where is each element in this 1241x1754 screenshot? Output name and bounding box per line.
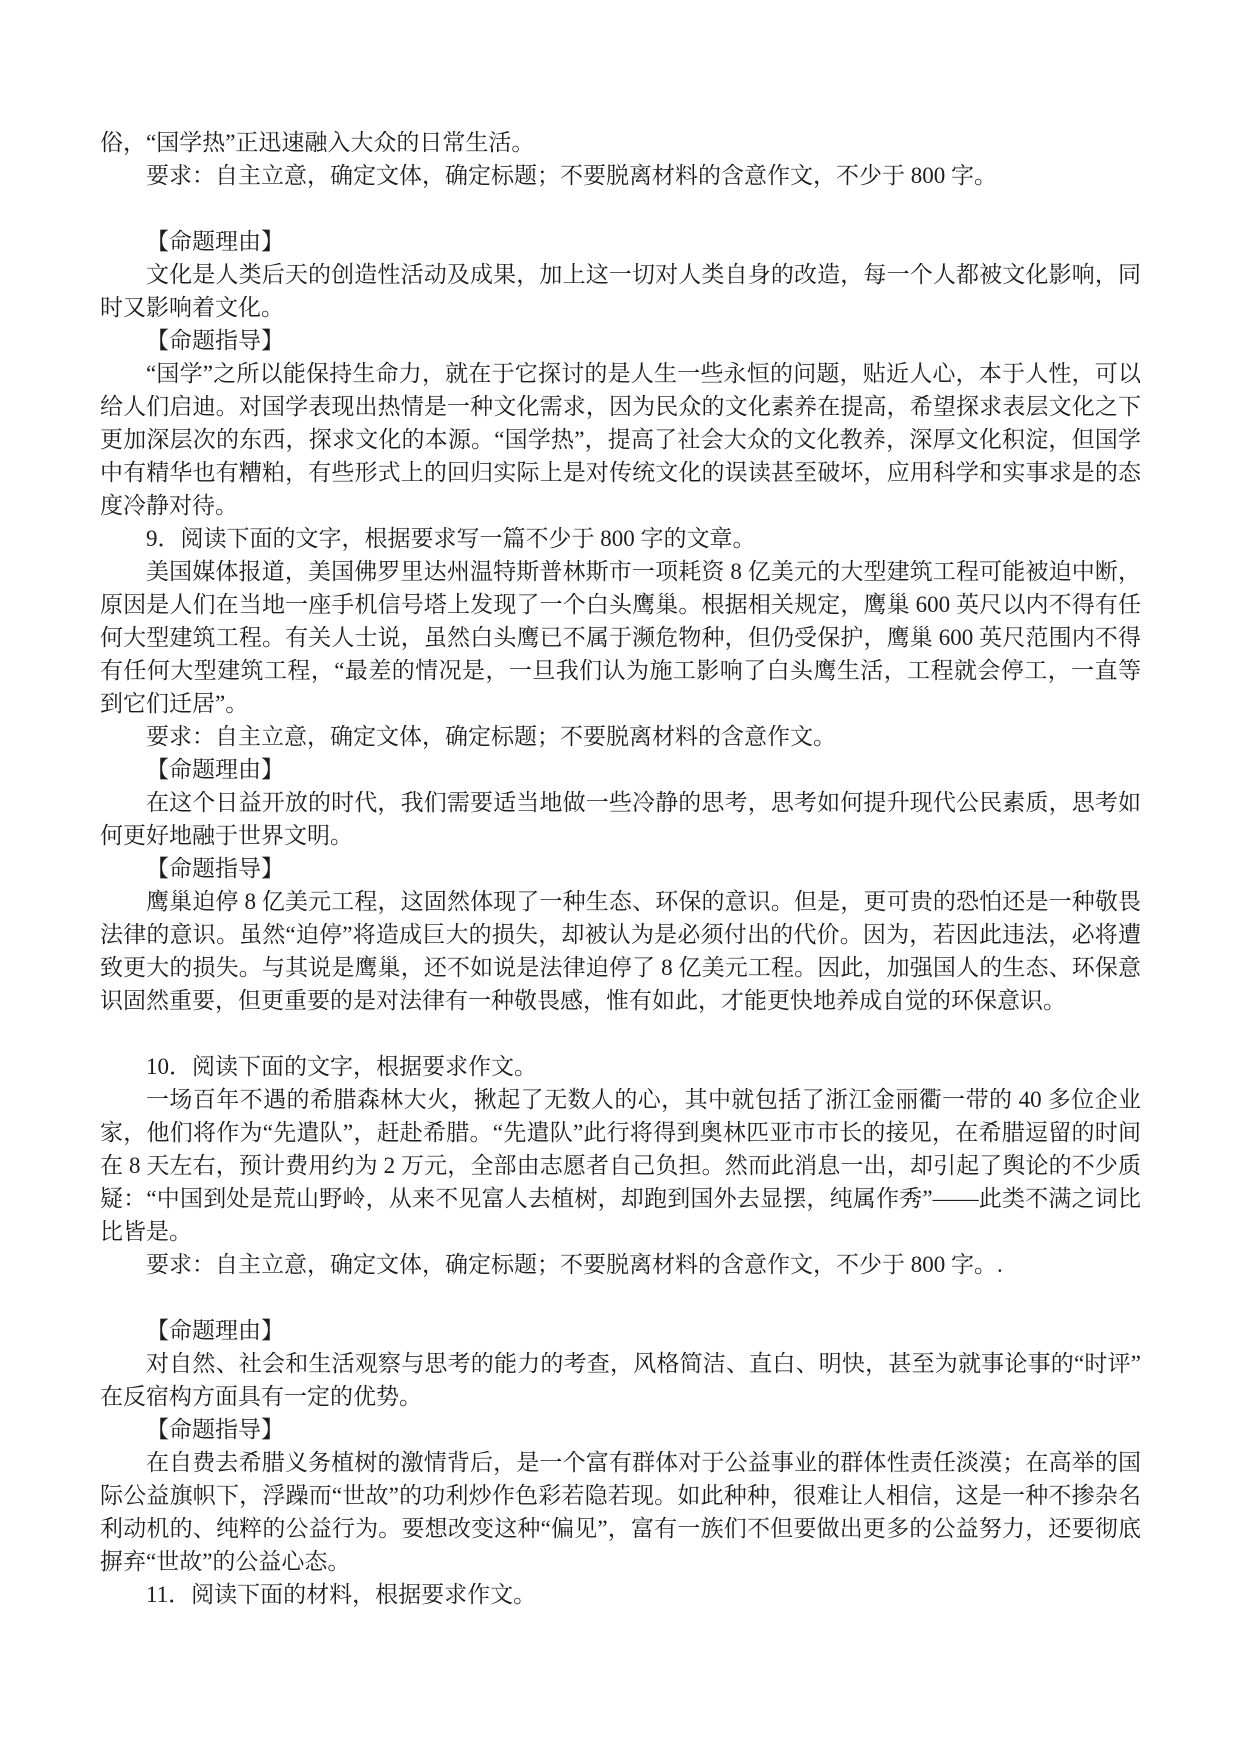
document-content: 俗，“国学热”正迅速融入大众的日常生活。 要求：自主立意，确定文体，确定标题；不… [100,126,1141,1611]
essay-9-reason-text: 在这个日益开放的时代，我们需要适当地做一些冷静的思考，思考如何提升现代公民素质，… [100,786,1141,852]
essay-9-guidance-label: 【命题指导】 [100,852,1141,885]
essay-10-guidance-label: 【命题指导】 [100,1413,1141,1446]
essay-8-guidance-text: “国学”之所以能保持生命力，就在于它探讨的是人生一些永恒的问题，贴近人心，本于人… [100,357,1141,522]
essay-10-guidance-text: 在自费去希腊义务植树的激情背后，是一个富有群体对于公益事业的群体性责任淡漠；在高… [100,1446,1141,1578]
essay-8-reason-label: 【命题理由】 [100,225,1141,258]
essay-10-reason-label: 【命题理由】 [100,1314,1141,1347]
essay-10-material: 一场百年不遇的希腊森林大火，揪起了无数人的心，其中就包括了浙江金丽衢一带的 40… [100,1083,1141,1248]
essay-10-reason-text: 对自然、社会和生活观察与思考的能力的考查，风格简洁、直白、明快，甚至为就事论事的… [100,1347,1141,1413]
essay-9-requirements: 要求：自主立意，确定文体，确定标题；不要脱离材料的含意作文。 [100,720,1141,753]
essay-8-requirements: 要求：自主立意，确定文体，确定标题；不要脱离材料的含意作文，不少于 800 字。 [100,159,1141,192]
document-page: 俗，“国学热”正迅速融入大众的日常生活。 要求：自主立意，确定文体，确定标题；不… [0,0,1241,1754]
blank-line [100,1017,1141,1050]
essay-9-prompt: 9．阅读下面的文字，根据要求写一篇不少于 800 字的文章。 [100,522,1141,555]
essay-9-reason-label: 【命题理由】 [100,753,1141,786]
essay-10-requirements: 要求：自主立意，确定文体，确定标题；不要脱离材料的含意作文，不少于 800 字。… [100,1248,1141,1281]
blank-line [100,1281,1141,1314]
essay-8-reason-text: 文化是人类后天的创造性活动及成果，加上这一切对人类自身的改造，每一个人都被文化影… [100,258,1141,324]
essay-10-prompt: 10．阅读下面的文字，根据要求作文。 [100,1050,1141,1083]
essay-9-guidance-text: 鹰巢迫停 8 亿美元工程，这固然体现了一种生态、环保的意识。但是，更可贵的恐怕还… [100,885,1141,1017]
essay-11-prompt: 11．阅读下面的材料，根据要求作文。 [100,1578,1141,1611]
essay-8-guidance-label: 【命题指导】 [100,324,1141,357]
blank-line [100,192,1141,225]
continued-paragraph-tail: 俗，“国学热”正迅速融入大众的日常生活。 [100,126,1141,159]
essay-9-material: 美国媒体报道，美国佛罗里达州温特斯普林斯市一项耗资 8 亿美元的大型建筑工程可能… [100,555,1141,720]
